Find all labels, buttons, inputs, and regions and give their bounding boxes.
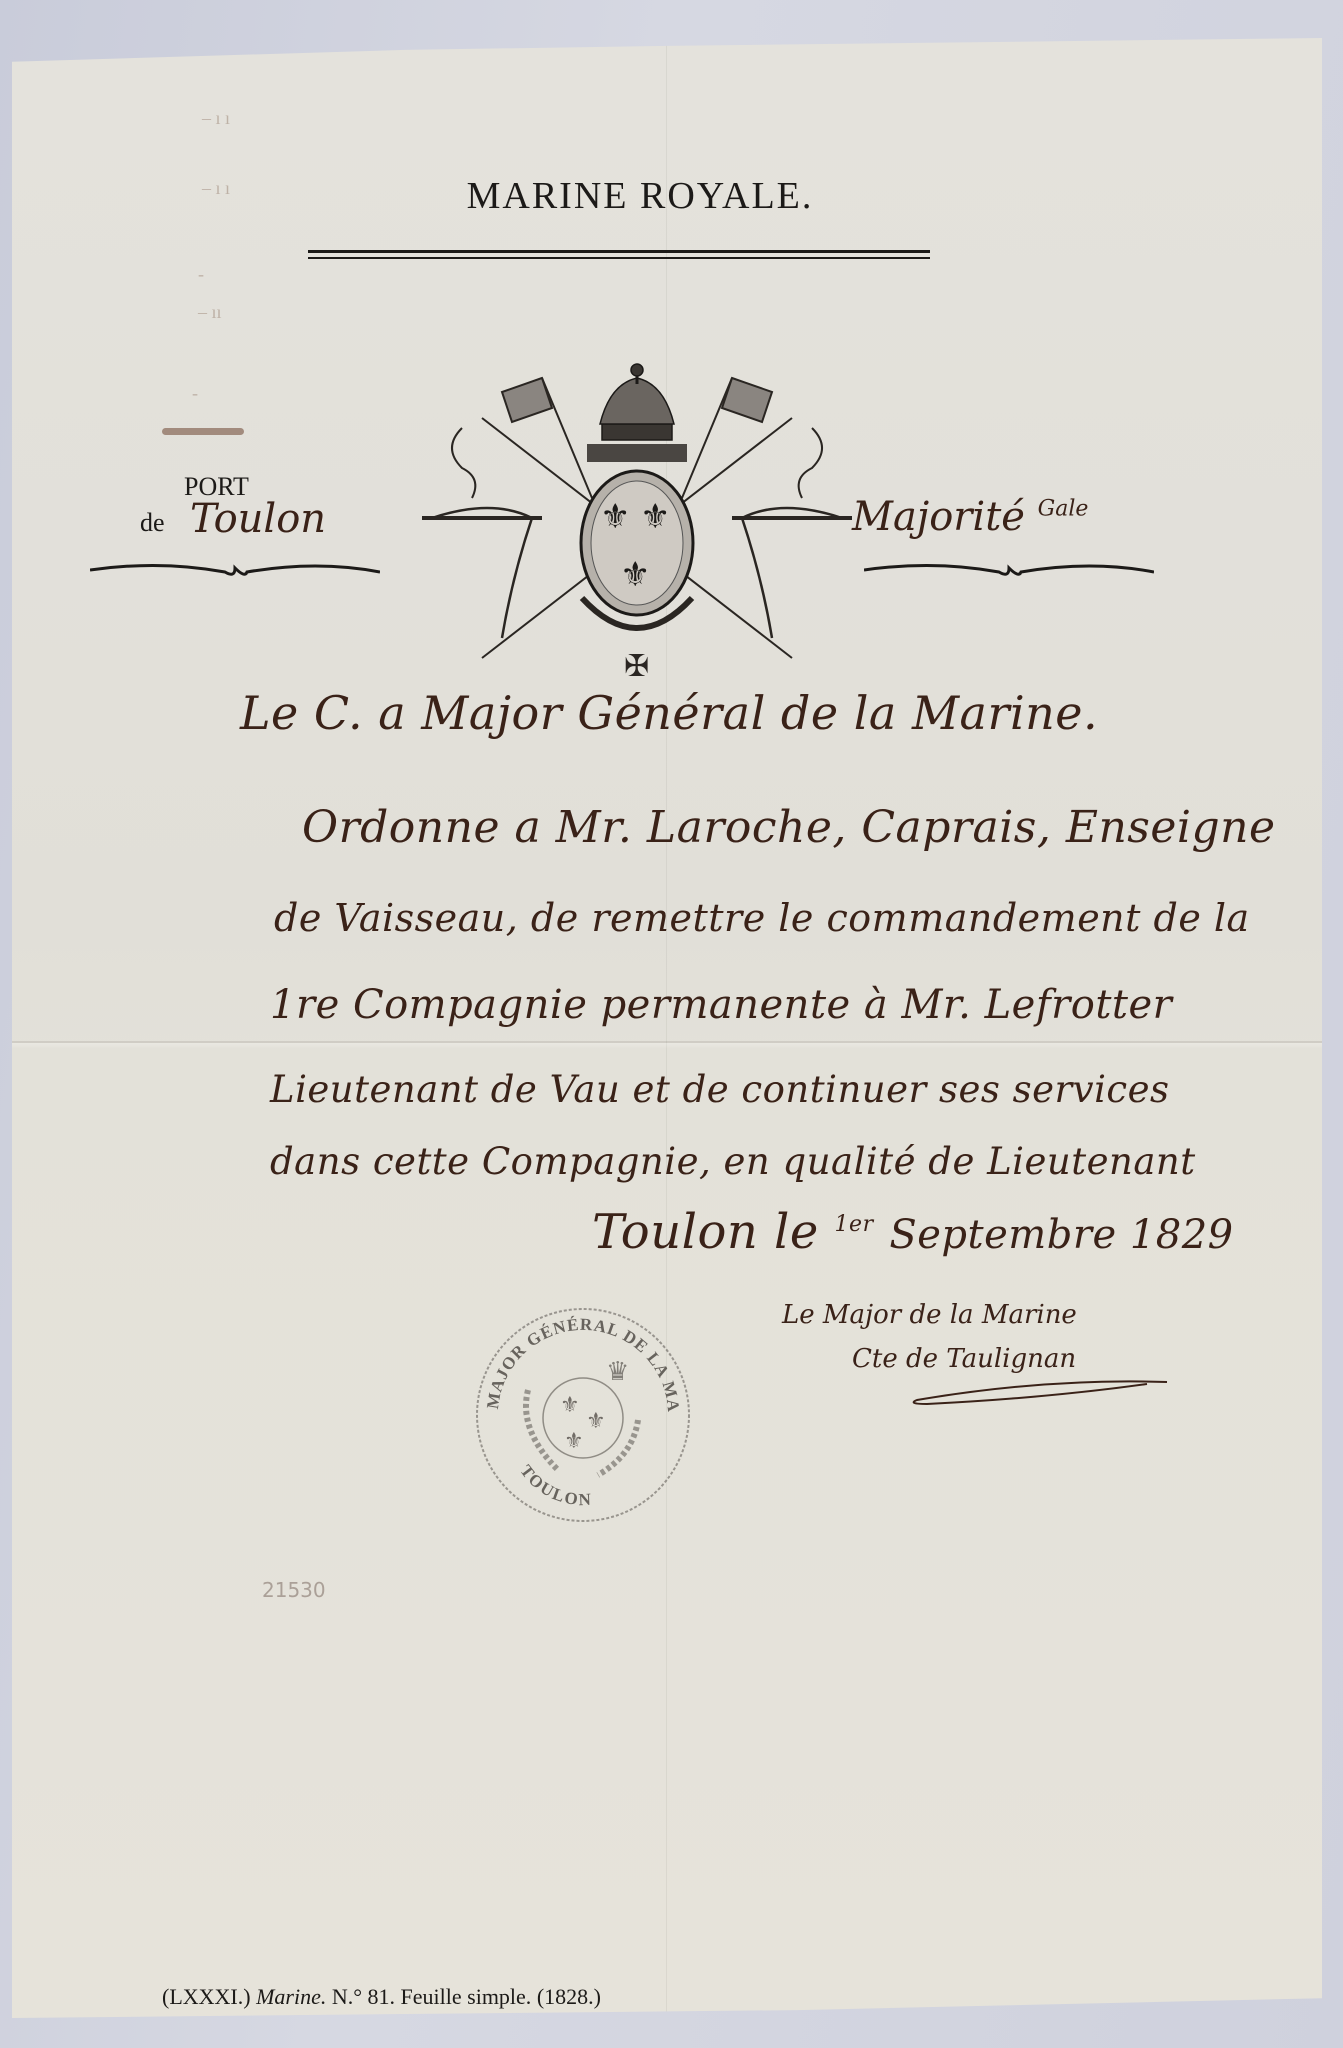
letterhead-title: MARINE ROYALE. (360, 174, 920, 218)
port-prefix: de (140, 508, 165, 538)
printed-footer: (LXXXI.) Marine. N.° 81. Feuille simple.… (162, 1984, 601, 2010)
body-line-5: Lieutenant de Vau et de continuer ses se… (270, 1068, 1170, 1111)
port-swash-ornament (90, 560, 380, 580)
port-name-handwritten: Toulon (190, 496, 326, 542)
ink-bleed-mark: – ı ı (202, 178, 230, 199)
vertical-fold-crease (666, 38, 667, 2018)
footer-year: (1828.) (537, 1984, 601, 2009)
body-line-3: de Vaisseau, de remettre le commandement… (274, 896, 1250, 940)
department-name-handwritten: Majorité Gale (852, 494, 1088, 540)
svg-text:⚜: ⚜ (620, 555, 650, 595)
svg-text:⚜: ⚜ (564, 1429, 584, 1454)
date-line: Toulon le 1er Septembre 1829 (592, 1204, 1234, 1260)
ink-bleed-mark: – ıı (198, 302, 222, 323)
department-text: Majorité (852, 494, 1025, 540)
signature-name: Cte de Taulignan (852, 1344, 1076, 1374)
svg-text:⚜: ⚜ (586, 1409, 606, 1434)
signature-title: Le Major de la Marine (782, 1300, 1077, 1330)
svg-text:⚜: ⚜ (560, 1393, 580, 1418)
department-superscript: Gale (1038, 497, 1089, 522)
footer-sheet-type: Feuille simple. (401, 1984, 532, 2009)
svg-text:✠: ✠ (624, 649, 649, 684)
pencil-note: 21530 (262, 1578, 326, 1602)
royal-coat-of-arms-icon: ⚜ ⚜ ⚜ ✠ (422, 358, 852, 688)
date-day: 1er (835, 1212, 874, 1237)
ink-bleed-mark: - (198, 264, 204, 285)
footer-number: N.° 81. (332, 1984, 395, 2009)
horizontal-fold-highlight (12, 1043, 1322, 1049)
footer-category: Marine. (256, 1984, 326, 2009)
official-seal-stamp-icon: MAJOR GÉNÉRAL DE LA MARINE TOULON ⚜ ⚜ ⚜ … (468, 1300, 698, 1530)
body-line-4: 1re Compagnie permanente à Mr. Lefrotter (270, 982, 1172, 1028)
body-line-1: Le C. a Major Général de la Marine. (240, 686, 1098, 740)
ink-bleed-mark: - (192, 383, 198, 404)
date-place: Toulon le (592, 1204, 819, 1260)
ink-bleed-mark: – ı ı (202, 108, 230, 129)
signature-flourish (902, 1376, 1172, 1406)
ink-smudge (162, 428, 244, 435)
title-rule-bottom (308, 257, 930, 259)
footer-series: (LXXXI.) (162, 1984, 251, 2009)
svg-text:⚜: ⚜ (600, 497, 630, 537)
svg-text:⚜: ⚜ (640, 497, 670, 537)
date-month-year: Septembre 1829 (889, 1212, 1233, 1258)
document-sheet: – ı ı – ı ı - – ıı - MARINE ROYALE. (12, 38, 1322, 2018)
body-line-2: Ordonne a Mr. Laroche, Caprais, Enseigne (302, 802, 1276, 853)
title-rule-top (308, 250, 930, 253)
svg-text:♛: ♛ (606, 1357, 629, 1387)
department-swash-ornament (864, 560, 1154, 580)
body-line-6: dans cette Compagnie, en qualité de Lieu… (270, 1140, 1196, 1183)
